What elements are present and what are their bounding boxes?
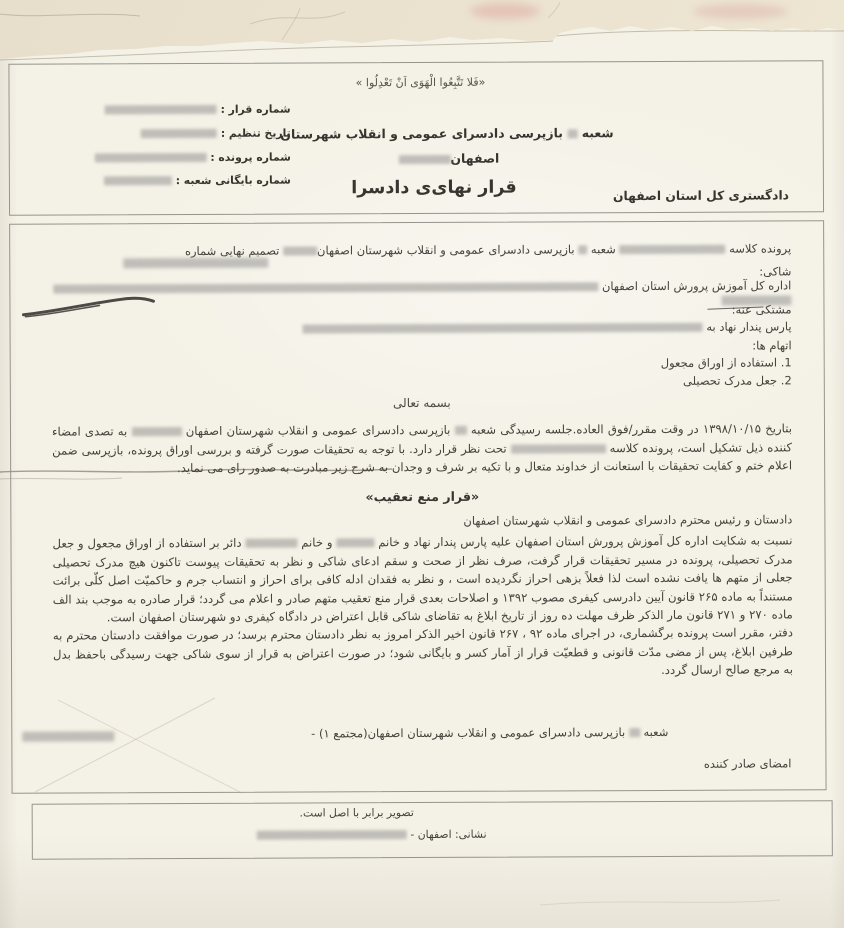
field-archive-number: شماره بایگانی شعبه : [104,173,291,188]
charge-item-1: 1. استفاده از اوراق مجعول [661,355,792,370]
case-class-line: پرونده کلاسه شعبه بازپرسی دادسرای عمومی … [185,241,791,258]
branch-word: شعبه [643,725,668,739]
defendant-name: پارس پندار نهاد به [706,319,791,333]
certified-copy-note: تصویر برابر با اصل است. [122,805,592,820]
field-register-date: تاریخ تنظیم : [141,126,291,141]
clerk-note-text: دفتر، مقرر است پرونده برگشماری، در اجرای… [53,625,793,677]
plaintiff-name: اداره کل آموزش پرورش استان اصفهان [602,278,791,293]
charge-item-2: 2. جعل مدرک تحصیلی [683,373,792,387]
intro-paragraph: بتاریخ ۱۳۹۸/۱۰/۱۵ در وقت مقرر/فوق العاده… [52,419,792,478]
plaintiff-label: شاکی: [759,264,791,278]
redacted-branch-no [567,129,577,138]
ruling-seg: دائر بر استفاده از اوراق مجعول و جعل مدر… [52,536,792,625]
field-label: شماره پرونده : [210,151,291,164]
certified-text: تصویر برابر با اصل است. [300,806,414,819]
pink-smudge [470,3,540,19]
redacted-branch-no [578,245,587,254]
intro-seg: بازپرسی دادسرای عمومی و انقلاب شهرستان ا… [186,423,451,438]
label-text: اتهام ها: [752,338,791,352]
redacted-judge-name [22,731,114,741]
address-line: نشانی: اصفهان - [122,827,622,842]
ruling-title-text: «قرار منع تعقیب» [365,489,479,504]
paper-sheet: «فَلا تَتَّبِعُوا الْهَوَى اَنْ تَعْدِلُ… [0,0,844,928]
signature-branch-line: شعبه بازپرسی دادسرای عمومی و انقلاب شهرس… [311,725,668,741]
scanned-legal-document: { "page": { "quote": "«فَلا تَتَّبِعُوا … [0,0,844,928]
ruling-seg: نسبت به شکایت اداره کل آموزش پرورش استان… [378,533,792,549]
label-text: شاکی: [759,264,791,278]
redacted-complex [398,155,450,164]
redacted-value [104,176,172,185]
pink-smudge [693,4,788,19]
redacted-name [336,538,374,547]
label-text: مشتکی عنه: [732,302,792,316]
redacted-value [95,153,207,162]
address-label: نشانی: اصفهان - [410,828,486,841]
signer-text: امضای صادر کننده [704,756,792,770]
org-text: دادگستری کل استان اصفهان [613,188,789,203]
charge-text: 1. استفاده از اوراق مجعول [661,355,792,370]
redacted-value [105,105,217,114]
defendant-line: پارس پندار نهاد به [303,319,792,335]
branch-title-line2: اصفهان [284,150,614,166]
intro-seg: بتاریخ ۱۳۹۸/۱۰/۱۵ در وقت مقرر/فوق العاده… [471,421,792,436]
field-decision-number: شماره قرار : [105,102,291,117]
field-label: شماره قرار : [221,103,291,116]
redacted-address [257,830,407,840]
redacted-branch-no [629,728,640,737]
field-case-number: شماره پرونده : [95,150,291,165]
city-name: اصفهان [450,151,499,166]
justice-org-name: دادگستری کل استان اصفهان [613,188,789,203]
redacted-complex [283,246,317,255]
charge-text: 2. جعل مدرک تحصیلی [683,373,792,387]
ruling-paragraph: نسبت به شکایت اداره کل آموزش پرورش استان… [52,531,792,627]
defendant-label: مشتکی عنه: [732,302,792,316]
redacted-defendant-details [303,323,703,334]
charges-label: اتهام ها: [752,338,791,352]
case-class-label: پرونده کلاسه [729,241,791,255]
redacted-class-no [619,245,725,254]
document-title: قرار نهای‌ی دادسرا [269,177,599,198]
redacted-class-no [511,444,606,453]
redacted-value [141,129,217,138]
basmala-text: بسمه تعالی [393,396,451,410]
addressee-text: دادستان و رئیس محترم دادسرای عمومی و انق… [463,512,792,527]
branch-word: شعبه [591,242,616,256]
clerk-note-paragraph: دفتر، مقرر است پرونده برگشماری، در اجرای… [53,623,793,682]
ruling-addressee: دادستان و رئیس محترم دادسرای عمومی و انق… [463,512,792,527]
branch-word: شعبه [582,125,614,140]
redacted-plaintiff-details [53,282,598,293]
branch-rest: بازپرسی دادسرای عمومی و انقلاب شهرستان ا… [311,725,625,740]
document-content: «فَلا تَتَّبِعُوا الْهَوَى اَنْ تَعْدِلُ… [0,0,844,928]
branch-rest: بازپرسی دادسرای عمومی و انقلاب شهرستان [280,125,563,141]
quote-text: «فَلا تَتَّبِعُوا الْهَوَى اَنْ تَعْدِلُ… [356,76,486,90]
title-text: قرار نهای‌ی دادسرا [351,178,517,199]
redacted-branch-no [455,426,467,435]
final-decision-label: تصمیم نهایی شماره [185,244,279,258]
branch-rest: بازپرسی دادسرای عمومی و انقلاب شهرستان ا… [317,242,575,257]
redacted-complex [131,427,181,436]
ruling-seg: و خانم [301,535,332,549]
redacted-decision-no [123,258,268,269]
body-box [9,220,826,794]
signer-label: امضای صادر کننده [704,756,792,770]
redacted-name [245,539,297,548]
branch-title-line1: شعبه بازپرسی دادسرای عمومی و انقلاب شهرس… [284,125,614,141]
